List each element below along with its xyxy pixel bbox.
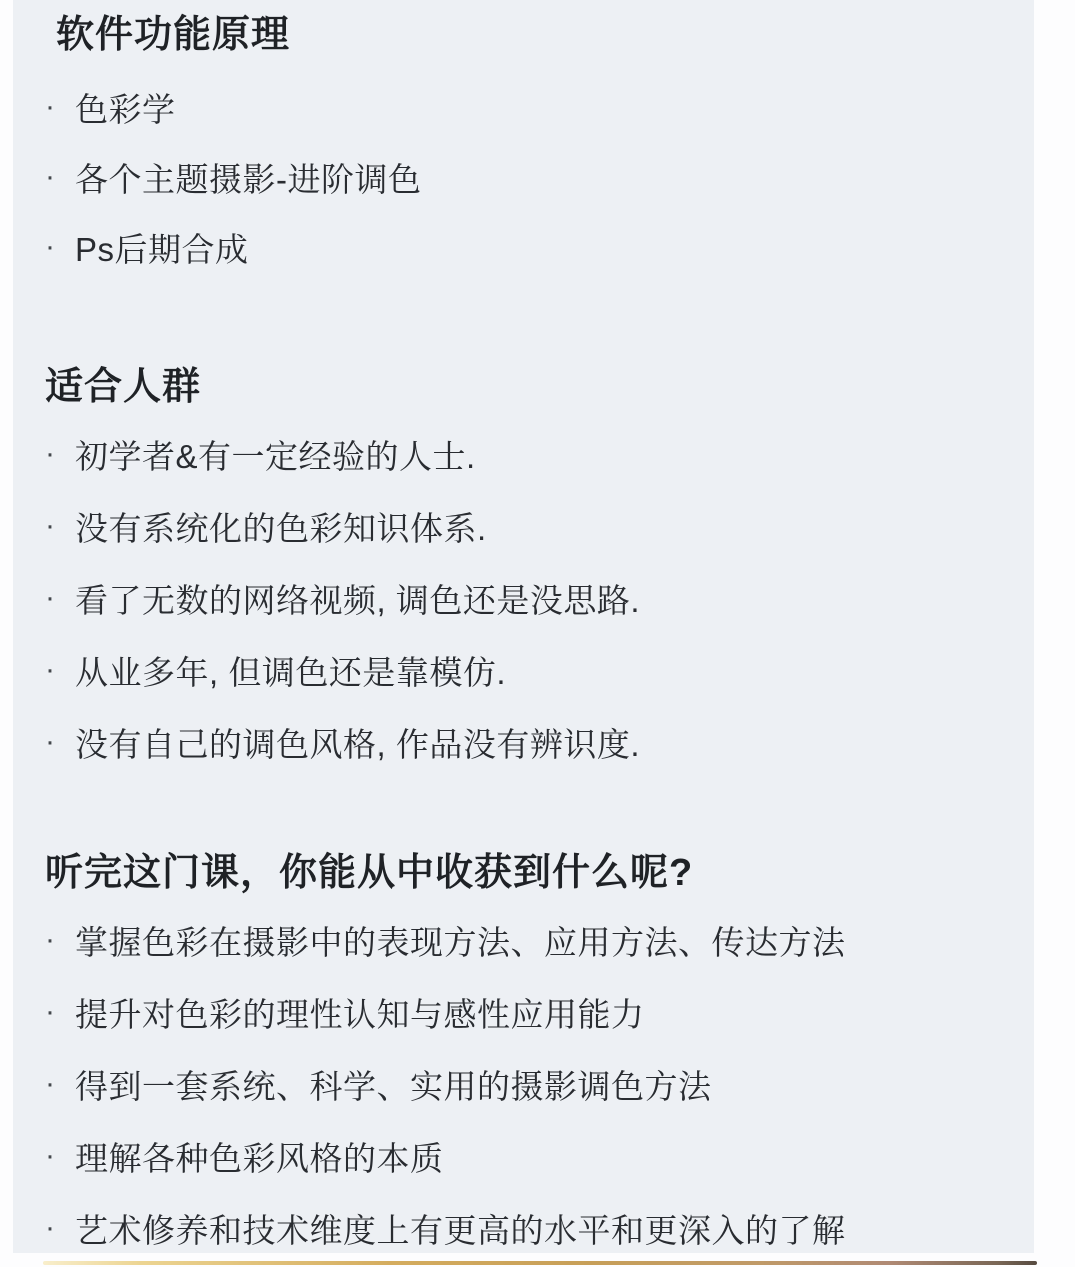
list-item-text: 提升对色彩的理性认知与感性应用能力 [75, 989, 645, 1036]
page: 软件功能原理 · 色彩学 · 各个主题摄影-进阶调色 · Ps后期合成 [0, 0, 1075, 1267]
bullet-dot: · [45, 1067, 75, 1101]
list-item-text: 初学者&有一定经验的人士. [75, 431, 476, 478]
list-item-text: 没有系统化的色彩知识体系. [75, 503, 487, 550]
list-item: · 看了无数的网络视频, 调色还是没思路. [45, 562, 1014, 634]
list-item-text: 得到一套系统、科学、实用的摄影调色方法 [75, 1061, 712, 1108]
list-item: · 初学者&有一定经验的人士. [45, 418, 1014, 490]
section-title: 适合人群 [45, 364, 1014, 410]
bullet-list: · 初学者&有一定经验的人士. · 没有系统化的色彩知识体系. · 看了无数的网… [45, 418, 1014, 778]
list-item: · 得到一套系统、科学、实用的摄影调色方法 [45, 1048, 1014, 1120]
section-title: 听完这门课，你能从中收获到什么呢? [45, 850, 1014, 896]
list-item-text: 艺术修养和技术维度上有更高的水平和更深入的了解 [75, 1205, 846, 1252]
content-card: 软件功能原理 · 色彩学 · 各个主题摄影-进阶调色 · Ps后期合成 [13, 0, 1034, 1253]
section-target-audience: 适合人群 · 初学者&有一定经验的人士. · 没有系统化的色彩知识体系. · 看… [45, 364, 1014, 778]
bullet-dot: · [45, 230, 75, 264]
list-item-text: 没有自己的调色风格, 作品没有辨识度. [75, 719, 640, 766]
list-item-text: 掌握色彩在摄影中的表现方法、应用方法、传达方法 [75, 917, 846, 964]
list-item: · Ps后期合成 [45, 212, 1014, 282]
gold-divider-bar [43, 1261, 1037, 1265]
list-item-text: 色彩学 [75, 84, 176, 131]
bullet-dot: · [45, 995, 75, 1029]
section-course-gains: 听完这门课，你能从中收获到什么呢? · 掌握色彩在摄影中的表现方法、应用方法、传… [45, 850, 1014, 1253]
list-item: · 提升对色彩的理性认知与感性应用能力 [45, 976, 1014, 1048]
bullet-dot: · [45, 90, 75, 124]
bullet-dot: · [45, 923, 75, 957]
list-item: · 没有自己的调色风格, 作品没有辨识度. [45, 706, 1014, 778]
bullet-list: · 掌握色彩在摄影中的表现方法、应用方法、传达方法 · 提升对色彩的理性认知与感… [45, 904, 1014, 1253]
list-item: · 从业多年, 但调色还是靠模仿. [45, 634, 1014, 706]
bullet-dot: · [45, 160, 75, 194]
list-item-text: 看了无数的网络视频, 调色还是没思路. [75, 575, 640, 622]
list-item: · 掌握色彩在摄影中的表现方法、应用方法、传达方法 [45, 904, 1014, 976]
list-item: · 艺术修养和技术维度上有更高的水平和更深入的了解 [45, 1192, 1014, 1253]
bullet-dot: · [45, 653, 75, 687]
bullet-dot: · [45, 509, 75, 543]
bullet-dot: · [45, 581, 75, 615]
list-item: · 色彩学 [45, 72, 1014, 142]
list-item-text: 从业多年, 但调色还是靠模仿. [75, 647, 506, 694]
list-item: · 没有系统化的色彩知识体系. [45, 490, 1014, 562]
card-content: 软件功能原理 · 色彩学 · 各个主题摄影-进阶调色 · Ps后期合成 [13, 0, 1034, 1253]
bullet-dot: · [45, 1211, 75, 1245]
bullet-dot: · [45, 1139, 75, 1173]
bullet-list: · 色彩学 · 各个主题摄影-进阶调色 · Ps后期合成 [45, 72, 1014, 282]
section-software-features: 软件功能原理 · 色彩学 · 各个主题摄影-进阶调色 · Ps后期合成 [45, 12, 1014, 282]
list-item: · 各个主题摄影-进阶调色 [45, 142, 1014, 212]
bullet-dot: · [45, 725, 75, 759]
bullet-dot: · [45, 437, 75, 471]
section-title: 软件功能原理 [56, 12, 1014, 58]
list-item-text: Ps后期合成 [75, 224, 249, 271]
list-item: · 理解各种色彩风格的本质 [45, 1120, 1014, 1192]
list-item-text: 各个主题摄影-进阶调色 [75, 154, 422, 201]
list-item-text: 理解各种色彩风格的本质 [75, 1133, 444, 1180]
